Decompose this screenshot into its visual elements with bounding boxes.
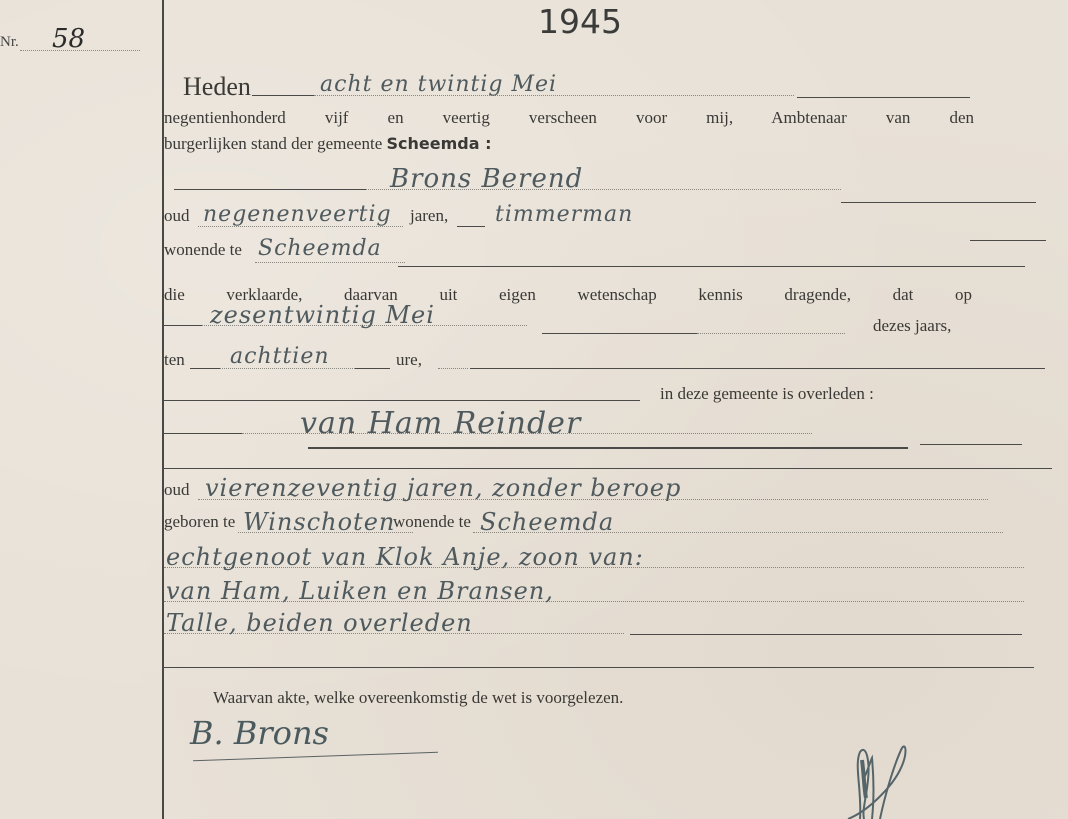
fill-line xyxy=(920,444,1022,445)
dotted-line xyxy=(255,262,405,263)
heden-text: Heden xyxy=(183,72,251,101)
declarant-occupation: timmerman xyxy=(495,202,633,227)
oud-label: oud xyxy=(164,206,190,226)
relations-line-1: echtgenoot van Klok Anje, zoon van: xyxy=(166,543,644,571)
ure-label: ure, xyxy=(396,350,422,370)
birthplace: Winschoten xyxy=(243,508,395,536)
declarant-residence: Scheemda xyxy=(258,236,382,261)
geboren-label: geboren te xyxy=(164,512,235,532)
declarant-name: Brons Berend xyxy=(390,164,583,194)
fill-line xyxy=(398,266,1025,267)
separator-line xyxy=(164,667,1034,668)
fill-line xyxy=(457,226,485,227)
jaren-label: jaren, xyxy=(410,206,448,226)
relations-line-2: van Ham, Luiken en Bransen, xyxy=(166,577,554,605)
dotted-line xyxy=(438,368,468,369)
fill-line xyxy=(841,202,1036,203)
death-hour: achttien xyxy=(230,344,330,369)
municipality-name: Scheemda : xyxy=(387,134,492,153)
deceased-name: van Ham Reinder xyxy=(300,406,581,441)
oud-label-2: oud xyxy=(164,480,190,500)
document-year: 1945 xyxy=(520,2,640,41)
handwritten-date: acht en twintig Mei xyxy=(320,72,557,97)
fill-line xyxy=(630,634,1022,635)
official-signature-icon xyxy=(840,740,910,819)
declarant-age: negenenveertig xyxy=(203,202,392,227)
record-number: Nr. 58 xyxy=(0,26,140,56)
fill-line xyxy=(470,368,1045,369)
deceased-residence: Scheemda xyxy=(480,508,614,536)
fill-line xyxy=(797,97,970,98)
ten-label: ten xyxy=(164,350,185,370)
separator-line xyxy=(164,468,1052,469)
death-date: zesentwintig Mei xyxy=(210,301,435,329)
declarant-signature: B. Brons xyxy=(190,714,329,752)
dotted-line xyxy=(697,333,845,334)
fill-line xyxy=(174,189,366,190)
printed-line-2: negentienhonderd vijf en veertig versche… xyxy=(164,108,974,128)
signature-underline xyxy=(193,752,438,762)
fill-line xyxy=(190,368,220,369)
dezes-jaars-label: dezes jaars, xyxy=(873,316,951,336)
deceased-age-occupation: vierenzeventig jaren, zonder beroep xyxy=(205,474,681,502)
record-number-label: Nr. xyxy=(0,34,19,51)
wonende-label-2: wonende te xyxy=(393,512,471,532)
name-underline xyxy=(308,447,908,449)
printed-line-3-text: burgerlijken stand der gemeente xyxy=(164,134,382,153)
heden-label: Heden xyxy=(183,72,251,102)
left-margin: Nr. 58 xyxy=(0,0,150,819)
fill-line xyxy=(164,400,640,401)
relations-line-3: Talle, beiden overleden xyxy=(166,609,473,637)
overleden-text: in deze gemeente is overleden : xyxy=(660,384,874,404)
document-page: Nr. 58 1945 Heden acht en twintig Mei ne… xyxy=(0,0,1068,819)
fill-line xyxy=(252,95,314,96)
wonende-label: wonende te xyxy=(164,240,242,260)
fill-line xyxy=(542,333,697,334)
record-number-value: 58 xyxy=(52,24,85,54)
fill-line xyxy=(162,325,202,326)
printed-line-3: burgerlijken stand der gemeente Scheemda… xyxy=(164,134,492,154)
fill-line xyxy=(162,433,242,434)
fill-line xyxy=(970,240,1046,241)
fill-line xyxy=(355,368,390,369)
closing-text: Waarvan akte, welke overeenkomstig de we… xyxy=(213,688,623,708)
